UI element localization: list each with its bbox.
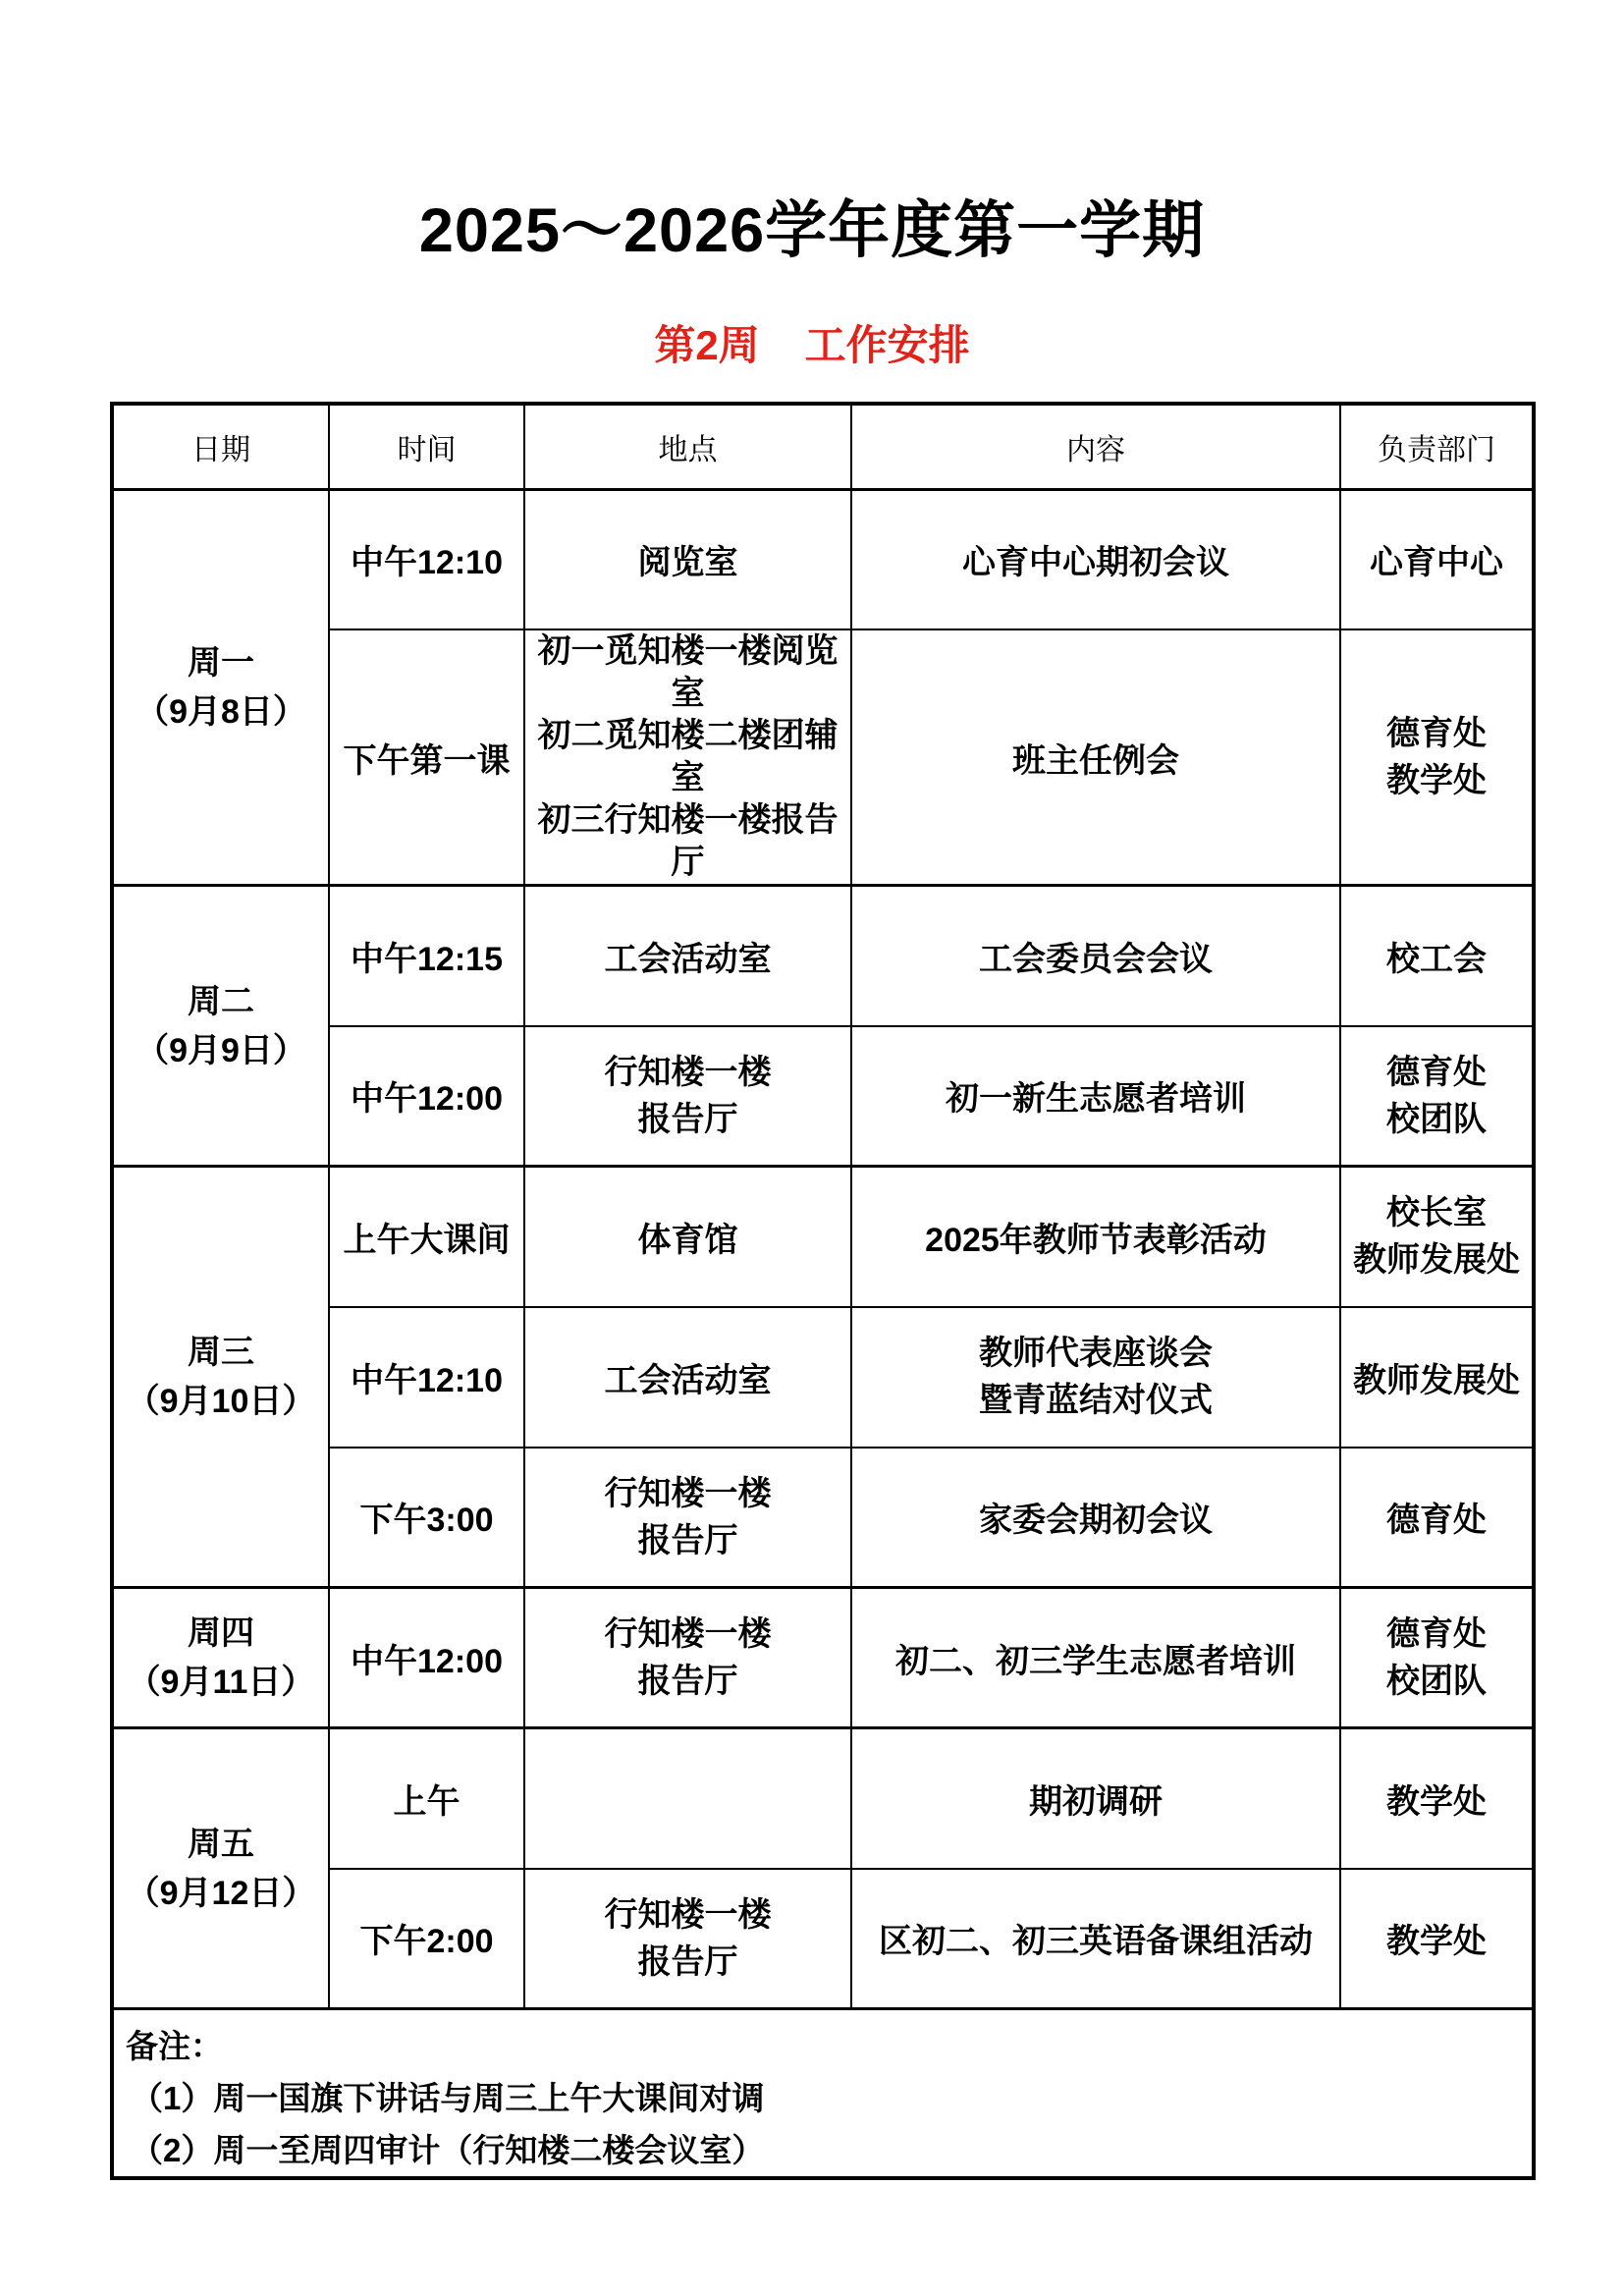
remarks-line-1: （1）周一国旗下讲话与周三上午大课间对调 bbox=[126, 2072, 1518, 2124]
department-cell: 教师发展处 bbox=[1340, 1307, 1534, 1448]
time-cell: 中午12:15 bbox=[329, 886, 524, 1026]
time-cell: 中午12:00 bbox=[329, 1588, 524, 1728]
table-row: 周一 （9月8日） 中午12:10 阅览室 心育中心期初会议 心育中心 bbox=[112, 489, 1534, 629]
location-cell: 行知楼一楼 报告厅 bbox=[524, 1588, 851, 1728]
table-row: 周三 （9月10日） 上午大课间 体育馆 2025年教师节表彰活动 校长室 教师… bbox=[112, 1167, 1534, 1307]
time-cell: 中午12:10 bbox=[329, 489, 524, 629]
header-department: 负责部门 bbox=[1340, 404, 1534, 489]
date-label: （9月11日） bbox=[114, 1658, 328, 1707]
content-cell: 区初二、初三英语备课组活动 bbox=[851, 1869, 1340, 2009]
time-cell: 中午12:10 bbox=[329, 1307, 524, 1448]
header-date: 日期 bbox=[112, 404, 329, 489]
date-cell-friday: 周五 （9月12日） bbox=[112, 1728, 329, 2009]
location-line: 初三行知楼一楼报告厅 bbox=[525, 799, 850, 884]
content-line: 教师代表座谈会 bbox=[852, 1330, 1339, 1377]
location-line: 报告厅 bbox=[525, 1658, 850, 1705]
table-row: 周二 （9月9日） 中午12:15 工会活动室 工会委员会会议 校工会 bbox=[112, 886, 1534, 1026]
department-cell: 校长室 教师发展处 bbox=[1340, 1167, 1534, 1307]
location-cell: 行知楼一楼 报告厅 bbox=[524, 1448, 851, 1588]
table-row: 周四 （9月11日） 中午12:00 行知楼一楼 报告厅 初二、初三学生志愿者培… bbox=[112, 1588, 1534, 1728]
remarks-line-2: （2）周一至周四审计（行知楼二楼会议室） bbox=[126, 2124, 1518, 2176]
location-line: 初一觅知楼一楼阅览室 bbox=[525, 630, 850, 715]
time-cell: 中午12:00 bbox=[329, 1026, 524, 1167]
remarks-cell: 备注： （1）周一国旗下讲话与周三上午大课间对调 （2）周一至周四审计（行知楼二… bbox=[112, 2009, 1534, 2179]
department-cell: 教学处 bbox=[1340, 1728, 1534, 1869]
location-line: 报告厅 bbox=[525, 1939, 850, 1986]
content-cell: 初一新生志愿者培训 bbox=[851, 1026, 1340, 1167]
location-line: 报告厅 bbox=[525, 1517, 850, 1564]
date-label: （9月9日） bbox=[114, 1026, 328, 1075]
location-cell: 工会活动室 bbox=[524, 886, 851, 1026]
date-label: （9月8日） bbox=[114, 687, 328, 737]
week-number: 第2周 bbox=[654, 322, 759, 368]
time-cell: 上午 bbox=[329, 1728, 524, 1869]
department-line: 校团队 bbox=[1341, 1658, 1532, 1705]
content-cell: 班主任例会 bbox=[851, 629, 1340, 886]
table-row: 周五 （9月12日） 上午 期初调研 教学处 bbox=[112, 1728, 1534, 1869]
location-cell: 初一觅知楼一楼阅览室 初二觅知楼二楼团辅室 初三行知楼一楼报告厅 bbox=[524, 629, 851, 886]
date-label: （9月12日） bbox=[114, 1869, 328, 1918]
content-cell: 教师代表座谈会 暨青蓝结对仪式 bbox=[851, 1307, 1340, 1448]
department-cell: 德育处 校团队 bbox=[1340, 1026, 1534, 1167]
remarks-row: 备注： （1）周一国旗下讲话与周三上午大课间对调 （2）周一至周四审计（行知楼二… bbox=[112, 2009, 1534, 2179]
department-line: 教学处 bbox=[1341, 757, 1532, 804]
date-cell-thursday: 周四 （9月11日） bbox=[112, 1588, 329, 1728]
department-cell: 德育处 教学处 bbox=[1340, 629, 1534, 886]
day-label: 周一 bbox=[114, 638, 328, 687]
date-cell-tuesday: 周二 （9月9日） bbox=[112, 886, 329, 1167]
department-line: 德育处 bbox=[1341, 1611, 1532, 1658]
content-line: 暨青蓝结对仪式 bbox=[852, 1377, 1339, 1424]
header-time: 时间 bbox=[329, 404, 524, 489]
location-cell: 行知楼一楼 报告厅 bbox=[524, 1869, 851, 2009]
time-cell: 下午第一课 bbox=[329, 629, 524, 886]
content-cell: 家委会期初会议 bbox=[851, 1448, 1340, 1588]
date-cell-monday: 周一 （9月8日） bbox=[112, 489, 329, 886]
time-cell: 上午大课间 bbox=[329, 1167, 524, 1307]
time-cell: 下午2:00 bbox=[329, 1869, 524, 2009]
header-row: 日期 时间 地点 内容 负责部门 bbox=[112, 404, 1534, 489]
department-line: 教师发展处 bbox=[1341, 1236, 1532, 1284]
location-cell: 行知楼一楼 报告厅 bbox=[524, 1026, 851, 1167]
day-label: 周三 bbox=[114, 1328, 328, 1377]
location-cell bbox=[524, 1728, 851, 1869]
content-cell: 工会委员会会议 bbox=[851, 886, 1340, 1026]
schedule-table: 日期 时间 地点 内容 负责部门 周一 （9月8日） 中午12:10 阅览室 心… bbox=[110, 402, 1536, 2180]
location-cell: 工会活动室 bbox=[524, 1307, 851, 1448]
content-cell: 心育中心期初会议 bbox=[851, 489, 1340, 629]
department-cell: 教学处 bbox=[1340, 1869, 1534, 2009]
page-subtitle: 第2周工作安排 bbox=[0, 325, 1624, 366]
location-line: 行知楼一楼 bbox=[525, 1470, 850, 1517]
department-cell: 德育处 校团队 bbox=[1340, 1588, 1534, 1728]
time-cell: 下午3:00 bbox=[329, 1448, 524, 1588]
department-cell: 心育中心 bbox=[1340, 489, 1534, 629]
content-cell: 2025年教师节表彰活动 bbox=[851, 1167, 1340, 1307]
location-cell: 阅览室 bbox=[524, 489, 851, 629]
content-cell: 初二、初三学生志愿者培训 bbox=[851, 1588, 1340, 1728]
department-line: 校团队 bbox=[1341, 1096, 1532, 1143]
date-cell-wednesday: 周三 （9月10日） bbox=[112, 1167, 329, 1588]
department-cell: 德育处 bbox=[1340, 1448, 1534, 1588]
location-cell: 体育馆 bbox=[524, 1167, 851, 1307]
location-line: 行知楼一楼 bbox=[525, 1611, 850, 1658]
location-line: 行知楼一楼 bbox=[525, 1049, 850, 1096]
content-cell: 期初调研 bbox=[851, 1728, 1340, 1869]
department-line: 校长室 bbox=[1341, 1189, 1532, 1236]
location-line: 报告厅 bbox=[525, 1096, 850, 1143]
day-label: 周五 bbox=[114, 1820, 328, 1869]
remarks-title: 备注： bbox=[126, 2020, 1518, 2072]
day-label: 周二 bbox=[114, 977, 328, 1026]
date-label: （9月10日） bbox=[114, 1377, 328, 1426]
page-title: 2025～2026学年度第一学期 bbox=[0, 0, 1624, 262]
day-label: 周四 bbox=[114, 1609, 328, 1658]
department-line: 德育处 bbox=[1341, 1049, 1532, 1096]
header-content: 内容 bbox=[851, 404, 1340, 489]
location-line: 行知楼一楼 bbox=[525, 1891, 850, 1939]
department-cell: 校工会 bbox=[1340, 886, 1534, 1026]
subtitle-text: 工作安排 bbox=[805, 322, 970, 368]
header-location: 地点 bbox=[524, 404, 851, 489]
department-line: 德育处 bbox=[1341, 710, 1532, 757]
location-line: 初二觅知楼二楼团辅室 bbox=[525, 715, 850, 799]
